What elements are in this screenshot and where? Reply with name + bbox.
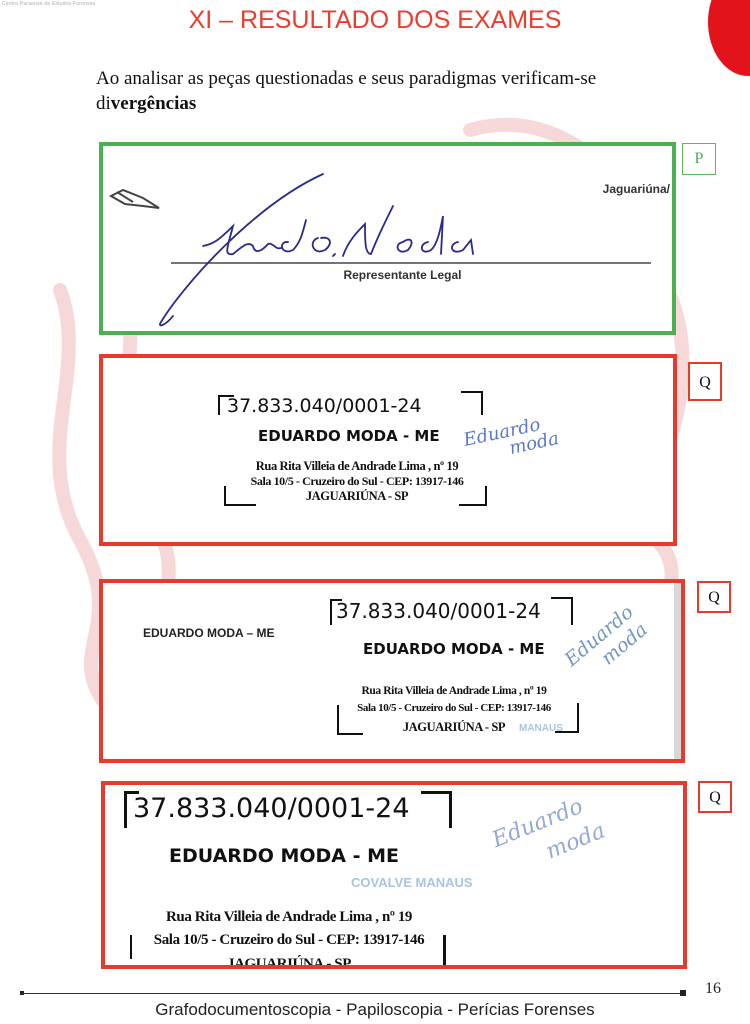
stamp-bracket — [224, 486, 256, 506]
questioned-box-1: 37.833.040/0001-24 EDUARDO MODA - ME Edu… — [99, 354, 677, 546]
stamp-address-line-1: Rua Rita Villeia de Andrade Lima , nº 19 — [125, 909, 453, 926]
paradigm-box: Jaguariúna/ Representante Legal — [99, 142, 676, 335]
page-title: XI – RESULTADO DOS EXAMES — [0, 6, 750, 35]
questioned-box-2: EDUARDO MODA – ME 37.833.040/0001-24 EDU… — [99, 579, 685, 763]
footer-text: Grafodocumentoscopia - Papiloscopia - Pe… — [0, 1000, 750, 1020]
stamp-address-line-1: Rua Rita Villeia de Andrade Lima , nº 19 — [221, 459, 493, 474]
intro-paragraph: Ao analisar as peças questionadas e seus… — [96, 66, 696, 116]
stamp-bracket — [421, 791, 452, 828]
intro-emphasis-prefix: di — [96, 93, 111, 114]
signature-caption: Representante Legal — [103, 268, 672, 282]
stamp-bracket — [555, 703, 579, 733]
stamp-address-line-1: Rua Rita Villeia de Andrade Lima , nº 19 — [329, 685, 579, 697]
questioned-tag-3: Q — [698, 781, 732, 813]
stamp-bracket — [551, 597, 573, 625]
stamp-bracket — [130, 935, 132, 959]
paradigm-city: Jaguariúna/ — [603, 182, 670, 196]
stamp-company: EDUARDO MODA - ME — [258, 427, 440, 445]
typed-company-label: EDUARDO MODA – ME — [143, 626, 275, 640]
stamp-cnpj: 37.833.040/0001-24 — [336, 599, 541, 623]
page-number: 16 — [705, 980, 721, 998]
footer-rule — [22, 993, 682, 994]
faded-overlay-text: COVALVE MANAUS — [351, 875, 473, 890]
stamp-address-line-3: JAGUARIÚNA - SP — [221, 489, 493, 504]
questioned-tag-1: Q — [688, 362, 722, 401]
stamp-address-line-2: Sala 10/5 - Cruzeiro do Sul - CEP: 13917… — [221, 474, 493, 489]
stamp-company: EDUARDO MODA - ME — [169, 845, 399, 867]
questioned-tag-2: Q — [697, 581, 731, 613]
paradigm-tag: P — [682, 143, 716, 175]
scan-edge — [674, 583, 681, 759]
stamp-company: EDUARDO MODA - ME — [363, 640, 545, 658]
stamp-address-line-3: JAGUARIÚNA - SP — [125, 956, 453, 969]
intro-text: Ao analisar as peças questionadas e seus… — [96, 68, 596, 89]
footer-rule-end — [680, 990, 686, 996]
signature-drawing — [103, 146, 672, 331]
stamp-cnpj: 37.833.040/0001-24 — [227, 395, 422, 417]
questioned-box-3: 37.833.040/0001-24 EDUARDO MODA - ME Edu… — [101, 781, 687, 969]
stamp-bracket — [459, 486, 487, 506]
stamp-address-line-2: Sala 10/5 - Cruzeiro do Sul - CEP: 13917… — [329, 702, 579, 714]
intro-emphasis-bold: vergências — [111, 93, 196, 114]
stamp-bracket — [443, 935, 446, 969]
stamp-bracket — [461, 391, 483, 415]
stamp-address-line-2: Sala 10/5 - Cruzeiro do Sul - CEP: 13917… — [125, 932, 453, 949]
stamp-cnpj: 37.833.040/0001-24 — [133, 793, 410, 824]
stamp-bracket — [337, 705, 363, 735]
